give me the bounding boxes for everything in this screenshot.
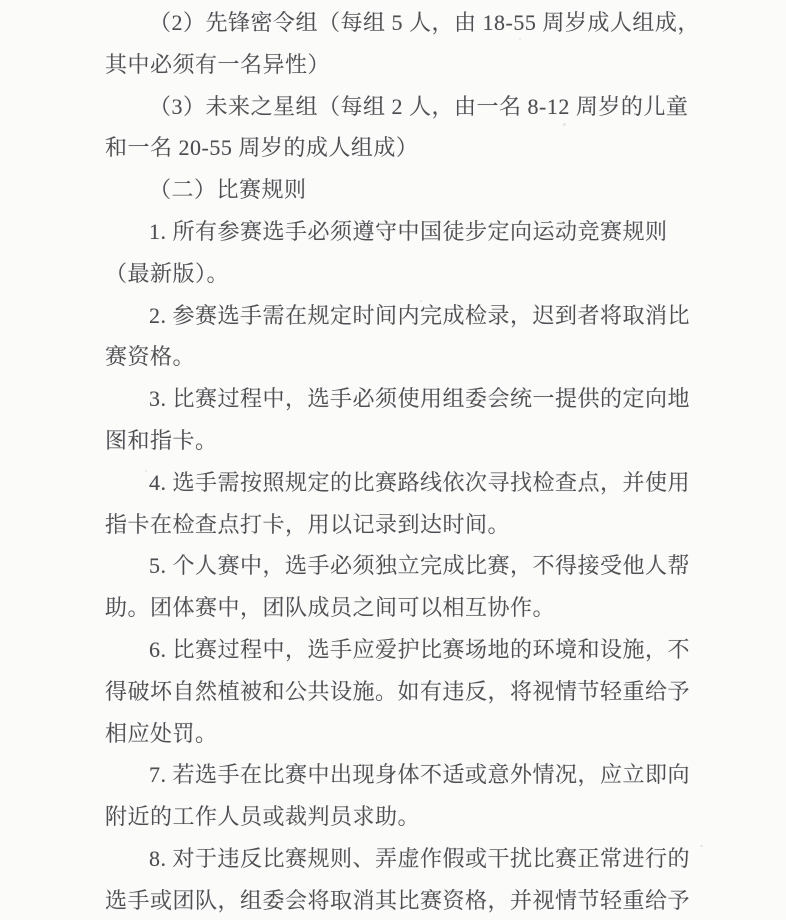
scan-speck [519, 38, 521, 40]
text-line: 8. 对于违反比赛规则、弄虚作假或干扰比赛正常进行的 [105, 838, 725, 880]
scan-speck [420, 300, 422, 302]
text-line: 5. 个人赛中，选手必须独立完成比赛，不得接受他人帮 [105, 545, 725, 587]
text-line: （二）比赛规则 [105, 169, 725, 211]
text-line: 其中必须有一名异性） [105, 44, 725, 86]
scanned-document-page: （2）先锋密令组（每组 5 人，由 18-55 周岁成人组成，其中必须有一名异性… [0, 0, 786, 920]
text-line: 6. 比赛过程中，选手应爱护比赛场地的环境和设施，不 [105, 629, 725, 671]
text-line: 选手或团队，组委会将取消其比赛资格，并视情节轻重给予 [105, 880, 725, 920]
document-body: （2）先锋密令组（每组 5 人，由 18-55 周岁成人组成，其中必须有一名异性… [105, 2, 725, 920]
scan-speck [145, 470, 147, 472]
text-line: 附近的工作人员或裁判员求助。 [105, 796, 725, 838]
text-line: 和一名 20-55 周岁的成人组成） [105, 127, 725, 169]
text-line: 图和指卡。 [105, 420, 725, 462]
text-line: 1. 所有参赛选手必须遵守中国徒步定向运动竞赛规则 [105, 211, 725, 253]
text-line: 2. 参赛选手需在规定时间内完成检录，迟到者将取消比 [105, 295, 725, 337]
text-line: 赛资格。 [105, 336, 725, 378]
text-line: 3. 比赛过程中，选手必须使用组委会统一提供的定向地 [105, 378, 725, 420]
text-line: 得破坏自然植被和公共设施。如有违反，将视情节轻重给予 [105, 671, 725, 713]
text-line: 指卡在检查点打卡，用以记录到达时间。 [105, 504, 725, 546]
scan-speck [700, 845, 703, 847]
text-line: 4. 选手需按照规定的比赛路线依次寻找检查点，并使用 [105, 462, 725, 504]
text-line: 助。团体赛中，团队成员之间可以相互协作。 [105, 587, 725, 629]
text-line: 7. 若选手在比赛中出现身体不适或意外情况，应立即向 [105, 754, 725, 796]
text-line: （2）先锋密令组（每组 5 人，由 18-55 周岁成人组成， [105, 2, 725, 44]
scan-speck [563, 123, 566, 126]
text-line: （最新版）。 [105, 253, 725, 295]
text-line: （3）未来之星组（每组 2 人，由一名 8-12 周岁的儿童 [105, 86, 725, 128]
text-line: 相应处罚。 [105, 713, 725, 755]
